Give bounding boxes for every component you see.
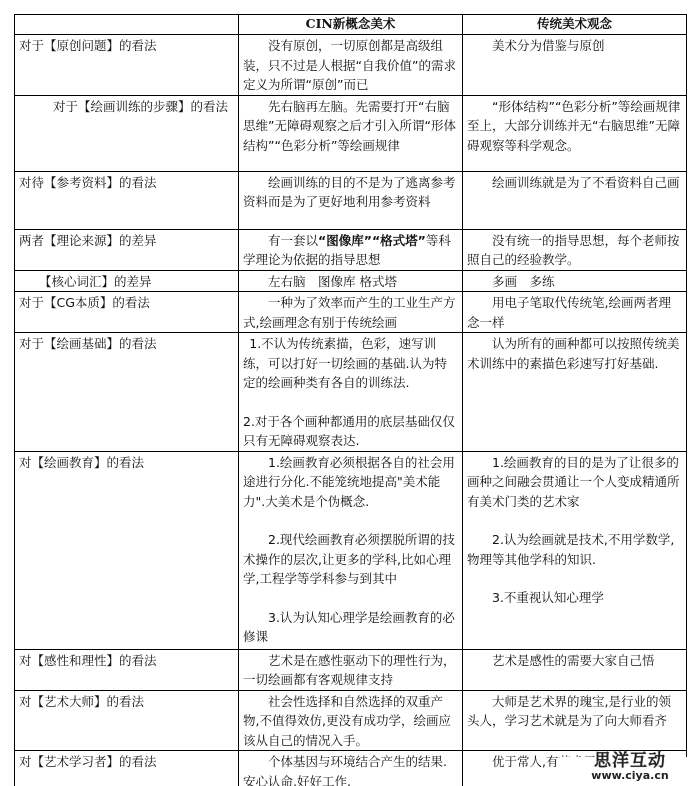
table-row: 对于【绘画训练的步骤】的看法 先右脑再左脑。先需要打开“右脑思维”无障碍观察之后…: [15, 95, 687, 171]
cin-text: 先右脑再左脑。先需要打开“右脑思维”无障碍观察之后才引入所谓“形体结构”“色彩分…: [243, 97, 458, 156]
cin-cell: 艺术是在感性驱动下的理性行为，一切绘画都有客观规律支持: [239, 649, 463, 690]
traditional-cell: 没有统一的指导思想，每个老师按照自己的经验教学。: [463, 229, 687, 270]
comparison-table: CIN新概念美术 传统美术观念 对于【原创问题】的看法 没有原创，一切原创都是高…: [14, 14, 687, 786]
traditional-text: 2.认为绘画就是技术,不用学数学,物理等其他学科的知识.: [467, 530, 682, 569]
row-topic: 对于【CG本质】的看法: [15, 292, 239, 333]
traditional-text: 大师是艺术界的瑰宝,是行业的领头人，学习艺术就是为了向大师看齐: [467, 692, 682, 731]
traditional-cell: 艺术是感性的需要大家自己悟: [463, 649, 687, 690]
cin-text: 3.认为认知心理学是绘画教育的必修课: [243, 608, 458, 647]
traditional-text: 用电子笔取代传统笔,绘画两者理念一样: [467, 293, 682, 332]
traditional-text: 美术分为借鉴与原创: [467, 36, 682, 56]
table-row: 对待【参考资料】的看法 绘画训练的目的不是为了逃离参考资料而是为了更好地利用参考…: [15, 171, 687, 229]
cin-text: 社会性选择和自然选择的双重产物,不值得效仿,更没有成功学，绘画应该从自己的情况入…: [243, 692, 458, 751]
traditional-text: 1.绘画教育的目的是为了让很多的画种之间融会贯通让一个人变成精通所有美术门类的艺…: [467, 453, 682, 512]
cin-cell: 没有原创，一切原创都是高级组装，只不过是人根据“自我价值”的需求定义为所谓“原创…: [239, 35, 463, 96]
cin-text: 一种为了效率而产生的工业生产方式,绘画理念有别于传统绘画: [243, 293, 458, 332]
table-row: 对【感性和理性】的看法 艺术是在感性驱动下的理性行为，一切绘画都有客观规律支持 …: [15, 649, 687, 690]
header-topic: [15, 15, 239, 35]
cin-cell: 1.不认为传统素描，色彩，速写训练，可以打好一切绘画的基础.认为特定的绘画种类有…: [239, 333, 463, 452]
cin-text: 2.现代绘画教育必须摆脱所谓的技术操作的层次,让更多的学科,比如心理学,工程学等…: [243, 530, 458, 589]
row-topic: 对【感性和理性】的看法: [15, 649, 239, 690]
watermark-name: 思洋互动: [565, 752, 695, 770]
cin-cell: 左右脑 图像库 格式塔: [239, 270, 463, 292]
traditional-text: “形体结构”“色彩分析”等绘画规律至上，大部分训练并无“右脑思维”无障碍观察等科…: [467, 97, 682, 156]
cin-cell: 绘画训练的目的不是为了逃离参考资料而是为了更好地利用参考资料: [239, 171, 463, 229]
table-row: 两者【理论来源】的差异 有一套以“图像库”“格式塔”等科学理论为依据的指导思想 …: [15, 229, 687, 270]
cin-text: 绘画训练的目的不是为了逃离参考资料而是为了更好地利用参考资料: [243, 173, 458, 212]
traditional-cell: 1.绘画教育的目的是为了让很多的画种之间融会贯通让一个人变成精通所有美术门类的艺…: [463, 451, 687, 649]
row-topic: 对于【绘画训练的步骤】的看法: [15, 95, 239, 171]
table-row: 【核心词汇】的差异 左右脑 图像库 格式塔 多画 多练: [15, 270, 687, 292]
table-row: 对于【CG本质】的看法 一种为了效率而产生的工业生产方式,绘画理念有别于传统绘画…: [15, 292, 687, 333]
traditional-cell: 绘画训练就是为了不看资料自己画: [463, 171, 687, 229]
traditional-cell: 用电子笔取代传统笔,绘画两者理念一样: [463, 292, 687, 333]
table-row: 对【绘画教育】的看法 1.绘画教育必须根据各自的社会用途进行分化.不能笼统地提高…: [15, 451, 687, 649]
header-traditional: 传统美术观念: [463, 15, 687, 35]
traditional-cell: 美术分为借鉴与原创: [463, 35, 687, 96]
traditional-text: 多画 多练: [467, 272, 682, 292]
cin-cell: 1.绘画教育必须根据各自的社会用途进行分化.不能笼统地提高"美术能力".大美术是…: [239, 451, 463, 649]
row-topic: 对【绘画教育】的看法: [15, 451, 239, 649]
header-row: CIN新概念美术 传统美术观念: [15, 15, 687, 35]
traditional-text: 艺术是感性的需要大家自己悟: [467, 651, 682, 671]
table-row: 对于【绘画基础】的看法 1.不认为传统素描，色彩，速写训练，可以打好一切绘画的基…: [15, 333, 687, 452]
row-topic: 【核心词汇】的差异: [15, 270, 239, 292]
row-topic: 对【艺术大师】的看法: [15, 690, 239, 751]
cin-text: 有一套以“图像库”“格式塔”等科学理论为依据的指导思想: [243, 231, 458, 270]
header-cin: CIN新概念美术: [239, 15, 463, 35]
cin-text: 1.绘画教育必须根据各自的社会用途进行分化.不能笼统地提高"美术能力".大美术是…: [243, 453, 458, 512]
row-topic: 对于【原创问题】的看法: [15, 35, 239, 96]
traditional-text: 3.不重视认知心理学: [467, 588, 682, 608]
cin-cell: 有一套以“图像库”“格式塔”等科学理论为依据的指导思想: [239, 229, 463, 270]
traditional-text: 认为所有的画种都可以按照传统美术训练中的素描色彩速写打好基础.: [467, 334, 682, 373]
traditional-cell: “形体结构”“色彩分析”等绘画规律至上，大部分训练并无“右脑思维”无障碍观察等科…: [463, 95, 687, 171]
cin-text: 左右脑 图像库 格式塔: [243, 272, 458, 292]
traditional-cell: 多画 多练: [463, 270, 687, 292]
traditional-text: 绘画训练就是为了不看资料自己画: [467, 173, 682, 193]
cin-cell: 一种为了效率而产生的工业生产方式,绘画理念有别于传统绘画: [239, 292, 463, 333]
cin-cell: 个体基因与环境结合产生的结果.安心认命,好好工作.: [239, 751, 463, 786]
cin-text: 没有原创，一切原创都是高级组装，只不过是人根据“自我价值”的需求定义为所谓“原创…: [243, 36, 458, 95]
traditional-text: 没有统一的指导思想，每个老师按照自己的经验教学。: [467, 231, 682, 270]
row-topic: 对【艺术学习者】的看法: [15, 751, 239, 786]
row-topic: 两者【理论来源】的差异: [15, 229, 239, 270]
cin-cell: 社会性选择和自然选择的双重产物,不值得效仿,更没有成功学，绘画应该从自己的情况入…: [239, 690, 463, 751]
cin-text-pre: 有一套以: [268, 233, 318, 248]
watermark-url: www.ciya.cn: [565, 770, 695, 782]
cin-text-bold: “图像库”“格式塔”: [318, 233, 426, 248]
traditional-cell: 大师是艺术界的瑰宝,是行业的领头人，学习艺术就是为了向大师看齐: [463, 690, 687, 751]
cin-text: 艺术是在感性驱动下的理性行为，一切绘画都有客观规律支持: [243, 651, 458, 690]
traditional-cell: 认为所有的画种都可以按照传统美术训练中的素描色彩速写打好基础.: [463, 333, 687, 452]
table-row: 对于【原创问题】的看法 没有原创，一切原创都是高级组装，只不过是人根据“自我价值…: [15, 35, 687, 96]
row-topic: 对于【绘画基础】的看法: [15, 333, 239, 452]
cin-cell: 先右脑再左脑。先需要打开“右脑思维”无障碍观察之后才引入所谓“形体结构”“色彩分…: [239, 95, 463, 171]
table-row: 对【艺术大师】的看法 社会性选择和自然选择的双重产物,不值得效仿,更没有成功学，…: [15, 690, 687, 751]
cin-text: 2.对于各个画种都通用的底层基础仅仅只有无障碍观察表达.: [243, 412, 458, 451]
row-topic: 对待【参考资料】的看法: [15, 171, 239, 229]
cin-text: 1.不认为传统素描，色彩，速写训练，可以打好一切绘画的基础.认为特定的绘画种类有…: [243, 334, 458, 393]
cin-text: 个体基因与环境结合产生的结果.安心认命,好好工作.: [243, 752, 458, 786]
watermark: 思洋互动 www.ciya.cn: [565, 752, 695, 782]
